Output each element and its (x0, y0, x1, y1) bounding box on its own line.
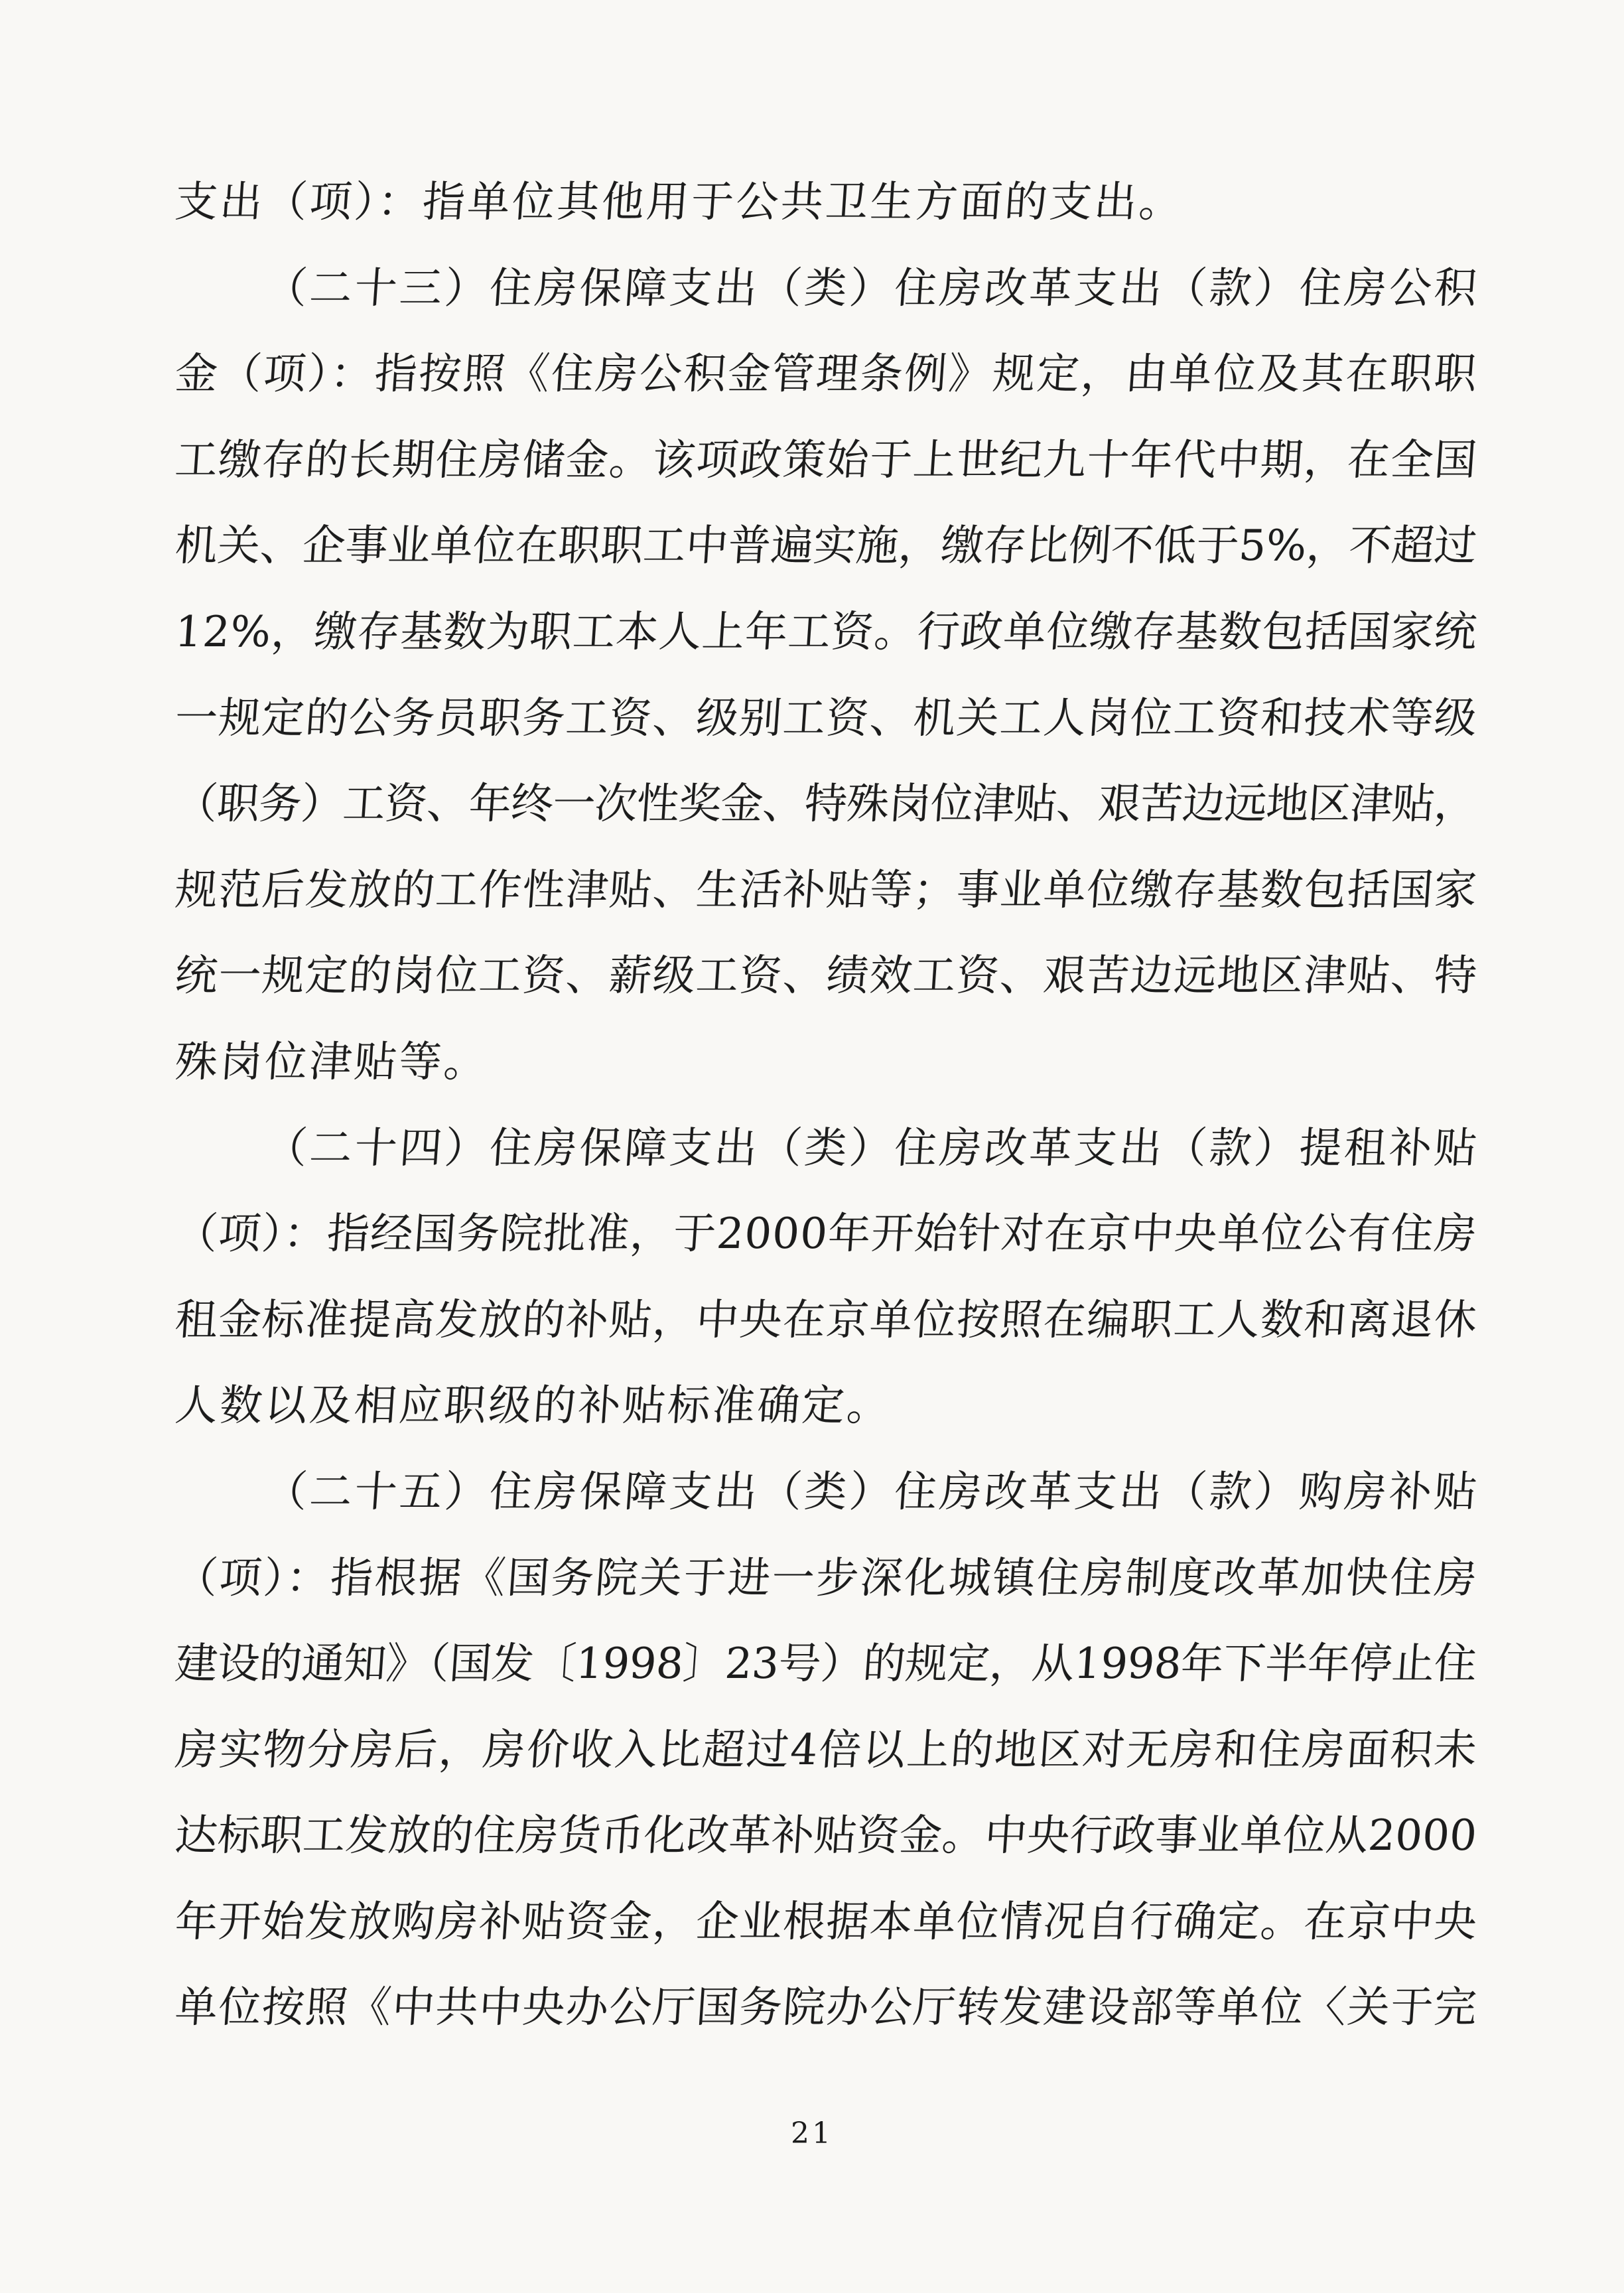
text-line: 达标职工发放的住房货币化改革补贴资金。中央行政事业单位从2000 (172, 1793, 1477, 1880)
text-line: 殊岗位津贴等。 (172, 1020, 1477, 1106)
text-line: 一规定的公务员职务工资、级别工资、机关工人岗位工资和技术等级 (172, 676, 1477, 762)
scanned-page: 支出（项）：指单位其他用于公共卫生方面的支出。 （二十三）住房保障支出（类）住房… (0, 0, 1624, 2293)
text-line-text: 房实物分房后，房价收入比超过4倍以上的地区对无房和住房面积未 (173, 1726, 1479, 1775)
text-line: 租金标准提高发放的补贴，中央在京单位按照在编职工人数和离退休 (172, 1278, 1477, 1364)
text-line: 12%，缴存基数为职工本人上年工资。行政单位缴存基数包括国家统 (172, 590, 1477, 676)
text-line: （项）：指根据《国务院关于进一步深化城镇住房制度改革加快住房 (172, 1536, 1477, 1622)
text-line: 机关、企事业单位在职职工中普遍实施，缴存比例不低于5%，不超过 (172, 504, 1477, 590)
text-line-text: 支出（项）：指单位其他用于公共卫生方面的支出。 (173, 178, 1185, 227)
text-line-text: 单位按照《中共中央办公厅国务院办公厅转发建设部等单位〈关于完 (173, 1983, 1479, 2032)
text-line-text: 人数以及相应职级的补贴标准确定。 (173, 1381, 893, 1430)
text-line: （二十三）住房保障支出（类）住房改革支出（款）住房公积 (172, 246, 1477, 332)
text-line: （职务）工资、年终一次性奖金、特殊岗位津贴、艰苦边远地区津贴， (172, 762, 1477, 848)
text-line: 单位按照《中共中央办公厅国务院办公厅转发建设部等单位〈关于完 (172, 1965, 1477, 2051)
text-line: （项）：指经国务院批准，于2000年开始针对在京中央单位公有住房 (172, 1192, 1477, 1278)
text-line-text: 建设的通知》（国发〔1998〕23号）的规定，从1998年下半年停止住 (173, 1639, 1478, 1689)
text-line: 规范后发放的工作性津贴、生活补贴等；事业单位缴存基数包括国家 (172, 848, 1477, 934)
text-line-text: 一规定的公务员职务工资、级别工资、机关工人岗位工资和技术等级 (173, 694, 1479, 743)
text-line-text: 殊岗位津贴等。 (173, 1038, 490, 1087)
document-body: 支出（项）：指单位其他用于公共卫生方面的支出。 （二十三）住房保障支出（类）住房… (174, 160, 1473, 2051)
page-number: 21 (0, 2117, 1624, 2150)
text-line: （二十五）住房保障支出（类）住房改革支出（款）购房补贴 (172, 1450, 1477, 1536)
text-line-text: 统一规定的岗位工资、薪级工资、绩效工资、艰苦边远地区津贴、特 (173, 951, 1479, 1001)
text-line-text: （二十五）住房保障支出（类）住房改革支出（款）购房补贴 (263, 1468, 1481, 1517)
text-line-text: 12%，缴存基数为职工本人上年工资。行政单位缴存基数包括国家统 (173, 608, 1479, 657)
text-line-text: （二十三）住房保障支出（类）住房改革支出（款）住房公积 (263, 264, 1481, 313)
text-line-text: 年开始发放购房补贴资金，企业根据本单位情况自行确定。在京中央 (173, 1898, 1479, 1947)
text-line: 支出（项）：指单位其他用于公共卫生方面的支出。 (172, 160, 1477, 246)
text-line-text: 机关、企事业单位在职职工中普遍实施，缴存比例不低于5%，不超过 (173, 521, 1478, 571)
text-line: （二十四）住房保障支出（类）住房改革支出（款）提租补贴 (172, 1106, 1477, 1192)
text-line: 人数以及相应职级的补贴标准确定。 (172, 1363, 1477, 1450)
text-line-text: 规范后发放的工作性津贴、生活补贴等；事业单位缴存基数包括国家 (173, 866, 1479, 915)
text-line: 统一规定的岗位工资、薪级工资、绩效工资、艰苦边远地区津贴、特 (172, 934, 1477, 1020)
text-line: 房实物分房后，房价收入比超过4倍以上的地区对无房和住房面积未 (172, 1708, 1477, 1794)
text-line-text: 工缴存的长期住房储金。该项政策始于上世纪九十年代中期，在全国 (173, 436, 1479, 485)
text-line: 年开始发放购房补贴资金，企业根据本单位情况自行确定。在京中央 (172, 1880, 1477, 1966)
text-line-text: 金（项）：指按照《住房公积金管理条例》规定，由单位及其在职职 (173, 350, 1480, 399)
text-line: 工缴存的长期住房储金。该项政策始于上世纪九十年代中期，在全国 (172, 418, 1477, 504)
text-line-text: （二十四）住房保障支出（类）住房改革支出（款）提租补贴 (263, 1124, 1481, 1173)
text-line-text: 达标职工发放的住房货币化改革补贴资金。中央行政事业单位从2000 (173, 1811, 1478, 1860)
text-line-text: （项）：指经国务院批准，于2000年开始针对在京中央单位公有住房 (173, 1210, 1479, 1259)
text-line-text: （项）：指根据《国务院关于进一步深化城镇住房制度改革加快住房 (173, 1554, 1480, 1603)
text-line: 建设的通知》（国发〔1998〕23号）的规定，从1998年下半年停止住 (172, 1622, 1477, 1708)
text-line: 金（项）：指按照《住房公积金管理条例》规定，由单位及其在职职 (172, 332, 1477, 418)
text-line-text: 租金标准提高发放的补贴，中央在京单位按照在编职工人数和离退休 (173, 1296, 1479, 1345)
text-line-text: （职务）工资、年终一次性奖金、特殊岗位津贴、艰苦边远地区津贴， (173, 780, 1477, 829)
